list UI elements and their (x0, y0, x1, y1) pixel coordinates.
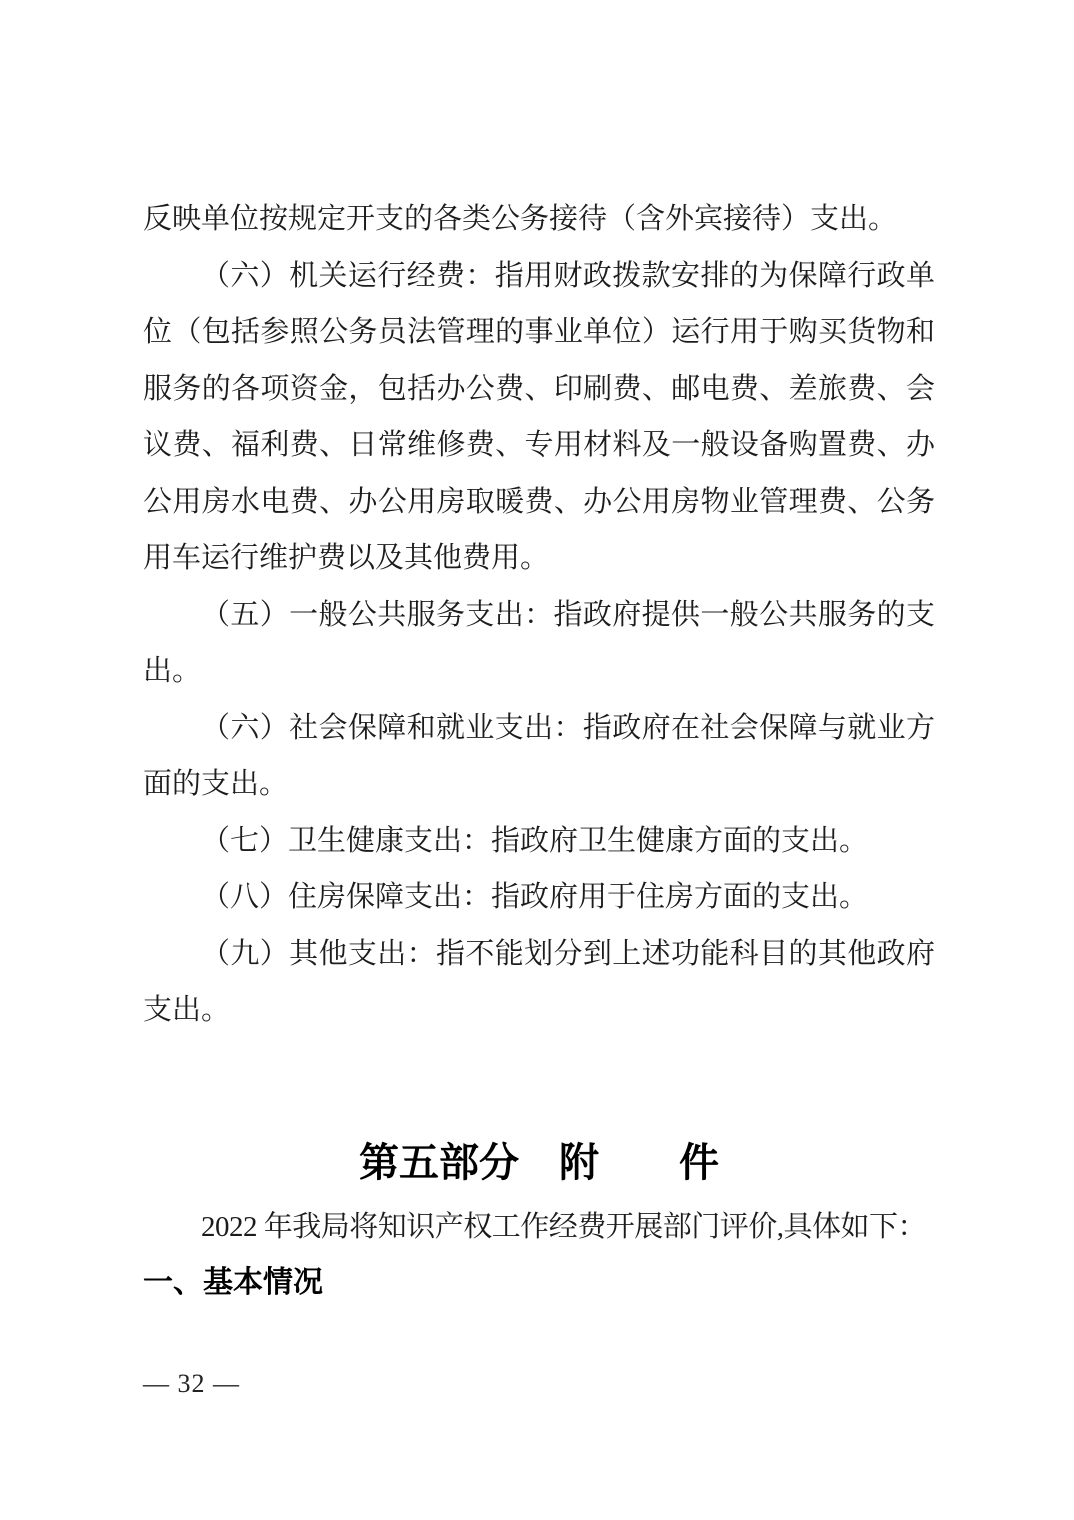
body-line: 位（包括参照公务员法管理的事业单位）运行用于购买货物和 (143, 304, 935, 361)
body-line: （六）机关运行经费：指用财政拨款安排的为保障行政单 (143, 248, 935, 305)
body-line: 用车运行维护费以及其他费用。 (143, 530, 935, 587)
appendix-intro: 2022 年我局将知识产权工作经费开展部门评价,具体如下： (143, 1199, 935, 1256)
document-page: 反映单位按规定开支的各类公务接待（含外宾接待）支出。（六）机关运行经费：指用财政… (0, 0, 1074, 1520)
body-line: 面的支出。 (143, 756, 935, 813)
body-line: （八）住房保障支出：指政府用于住房方面的支出。 (143, 869, 935, 926)
paragraph: （七）卫生健康支出：指政府卫生健康方面的支出。 (143, 813, 935, 870)
paragraph: （八）住房保障支出：指政府用于住房方面的支出。 (143, 869, 935, 926)
subsection-heading: 一、基本情况 (143, 1255, 935, 1312)
body-line: 公用房水电费、办公用房取暖费、办公用房物业管理费、公务 (143, 474, 935, 531)
section-heading: 第五部分 附 件 (143, 1139, 935, 1187)
paragraph: （六）机关运行经费：指用财政拨款安排的为保障行政单位（包括参照公务员法管理的事业… (143, 248, 935, 587)
body-line: 议费、福利费、日常维修费、专用材料及一般设备购置费、办 (143, 417, 935, 474)
body-line: （五）一般公共服务支出：指政府提供一般公共服务的支 (143, 587, 935, 644)
paragraph: （五）一般公共服务支出：指政府提供一般公共服务的支出。 (143, 587, 935, 700)
paragraph: （六）社会保障和就业支出：指政府在社会保障与就业方面的支出。 (143, 700, 935, 813)
body-line: （九）其他支出：指不能划分到上述功能科目的其他政府 (143, 926, 935, 983)
page-number: — 32 — (143, 1368, 240, 1400)
body-line: （六）社会保障和就业支出：指政府在社会保障与就业方 (143, 700, 935, 757)
paragraph: 反映单位按规定开支的各类公务接待（含外宾接待）支出。 (143, 191, 935, 248)
body-line: 支出。 (143, 982, 935, 1039)
document-body: 反映单位按规定开支的各类公务接待（含外宾接待）支出。（六）机关运行经费：指用财政… (143, 191, 935, 1312)
paragraph: （九）其他支出：指不能划分到上述功能科目的其他政府支出。 (143, 926, 935, 1039)
body-line: 出。 (143, 643, 935, 700)
body-line: 服务的各项资金，包括办公费、印刷费、邮电费、差旅费、会 (143, 361, 935, 418)
body-line: （七）卫生健康支出：指政府卫生健康方面的支出。 (143, 813, 935, 870)
body-line: 反映单位按规定开支的各类公务接待（含外宾接待）支出。 (143, 191, 935, 248)
body-paragraphs: 反映单位按规定开支的各类公务接待（含外宾接待）支出。（六）机关运行经费：指用财政… (143, 191, 935, 1039)
